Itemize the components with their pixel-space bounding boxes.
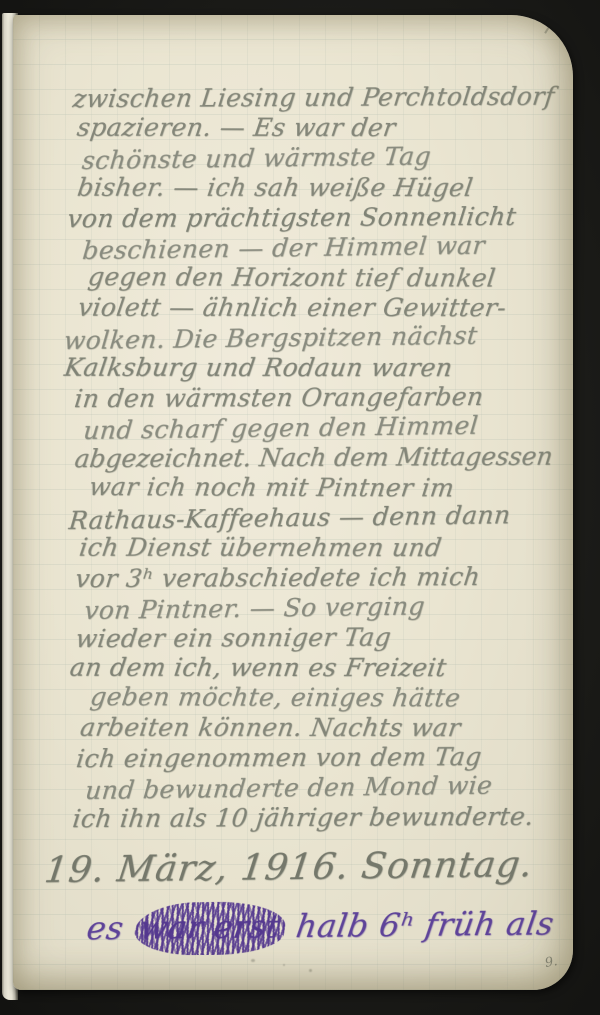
handwriting-line: in den wärmsten Orangefarben	[73, 382, 551, 415]
pencil-smudge	[283, 964, 285, 966]
notebook-page: zwischen Liesing und Perchtoldsdorf spaz…	[13, 15, 573, 990]
handwriting-line: und scharf gegen den Himmel	[82, 410, 550, 446]
violet-addendum-line: es war erst halb 6ʰ früh als	[84, 902, 555, 949]
handwriting-line: Rathaus-Kaffeehaus — denn dann	[68, 500, 551, 536]
handwriting-line: geben möchte, einiges hätte	[88, 682, 551, 714]
handwriting-line: an dem ich, wenn es Freizeit	[68, 653, 552, 683]
entry-date-line: 19. März, 1916. Sonntag.	[42, 842, 554, 894]
handwriting-line: wolken. Die Bergspitzen nächst	[63, 320, 550, 356]
addendum-suffix: halb 6ʰ früh als	[293, 902, 557, 947]
handwriting-line: wieder ein sonniger Tag	[74, 622, 552, 655]
handwriting-line: gegen den Horizont tief dunkel	[86, 262, 549, 294]
handwriting-line: ich eingenommen von dem Tag	[75, 742, 553, 775]
handwriting-line: ich ihn als 10 jähriger bewunderte.	[71, 802, 553, 835]
handwriting-line: von Pintner. — So verging	[83, 590, 551, 626]
pencil-smudge	[251, 959, 255, 962]
addendum-prefix: es	[84, 907, 127, 949]
handwriting-line: violett — ähnlich einer Gewitter-	[76, 293, 550, 323]
handwriting-line: bisher. — ich sah weiße Hügel	[75, 173, 549, 203]
handwriting-line: von dem prächtigsten Sonnenlicht	[66, 202, 550, 235]
handwriting-line: vor 3ʰ verabschiedete ich mich	[74, 562, 552, 595]
handwriting-line: Kalksburg und Rodaun waren	[62, 353, 550, 383]
handwriting-line: schönste und wärmste Tag	[81, 140, 549, 176]
handwriting-line: und bewunderte den Mond wie	[84, 770, 552, 806]
handwriting-line: beschienen — der Himmel war	[81, 230, 549, 266]
handwriting-line: spazieren. — Es war der	[75, 113, 549, 143]
handwriting-line: arbeiten können. Nachts war	[78, 713, 552, 743]
pencil-smudge	[309, 969, 312, 972]
scribbled-out-word: war erst	[137, 905, 283, 948]
page-number: 9.	[543, 954, 558, 971]
handwriting-line: ich Dienst übernehmen und	[77, 533, 551, 563]
handwriting-line: war ich noch mit Pintner im	[87, 472, 550, 504]
notebook-photo: zwischen Liesing und Perchtoldsdorf spaz…	[0, 0, 600, 1015]
handwriting-line: abgezeichnet. Nach dem Mittagessen	[73, 442, 551, 475]
handwriting-line: zwischen Liesing und Perchtoldsdorf	[71, 82, 549, 115]
handwritten-entry: zwischen Liesing und Perchtoldsdorf spaz…	[13, 15, 573, 990]
